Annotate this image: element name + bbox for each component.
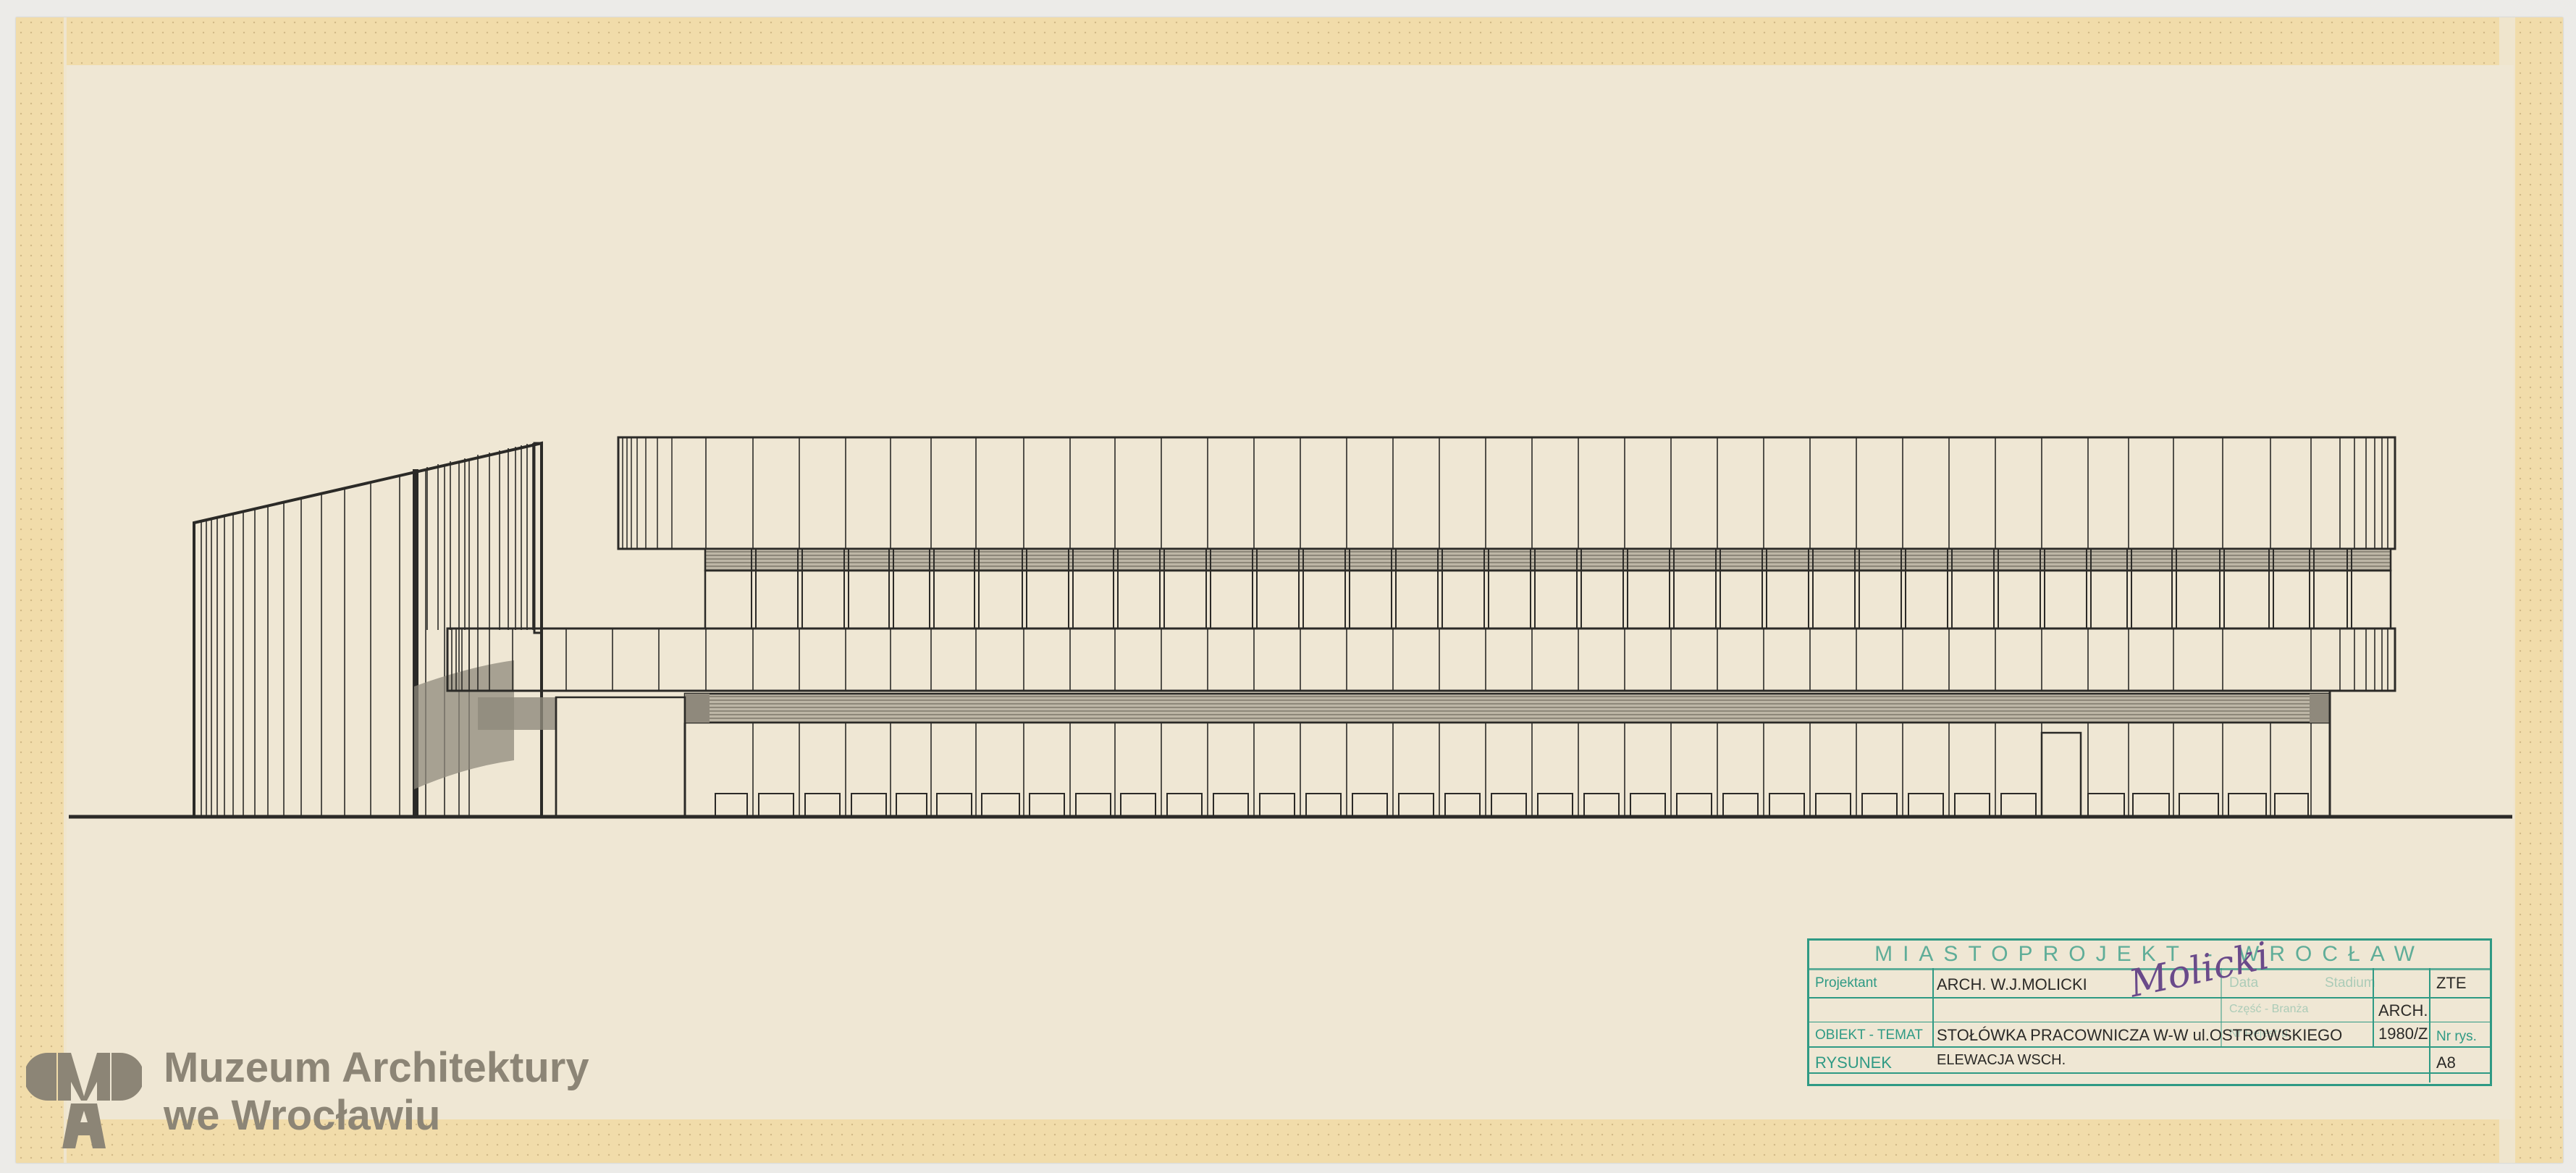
entrance-door bbox=[2042, 733, 2081, 817]
museum-ma-logo-icon bbox=[26, 1053, 142, 1148]
projektant-value: ARCH. W.J.MOLICKI bbox=[1937, 975, 2087, 994]
czesc-branza-label: Część - Branża bbox=[2229, 1003, 2308, 1016]
nr-rys-label: Nr rys. bbox=[2436, 1029, 2477, 1045]
watermark-line2: we Wrocławiu bbox=[164, 1092, 589, 1140]
watermark-line1: Muzeum Architektury bbox=[164, 1044, 589, 1092]
middle-slab bbox=[447, 628, 2395, 691]
rysunek-value: ELEWACJA WSCH. bbox=[1937, 1052, 2066, 1069]
upper-window-band-hatched bbox=[705, 549, 2391, 571]
museum-watermark: Muzeum Architektury we Wrocławiu bbox=[164, 1044, 589, 1140]
obiekt-temat-label: OBIEKT - TEMAT bbox=[1815, 1027, 1923, 1043]
stadium-value: ZTE bbox=[2436, 974, 2467, 993]
rysunek-label: RYSUNEK bbox=[1815, 1054, 1892, 1072]
obiekt-temat-value: STOŁÓWKA PRACOWNICZA W-W ul.OSTROWSKIEGO bbox=[1937, 1026, 2342, 1045]
nr-rejestru-value: 1980/Z bbox=[2378, 1025, 2428, 1043]
projektant-label: Projektant bbox=[1815, 975, 1877, 991]
czesc-branza-value: ARCH. bbox=[2378, 1001, 2428, 1020]
stadium-label: Stadium bbox=[2325, 975, 2375, 991]
lower-window-band-hatched bbox=[685, 694, 2330, 723]
nr-rys-value: A8 bbox=[2436, 1054, 2456, 1072]
